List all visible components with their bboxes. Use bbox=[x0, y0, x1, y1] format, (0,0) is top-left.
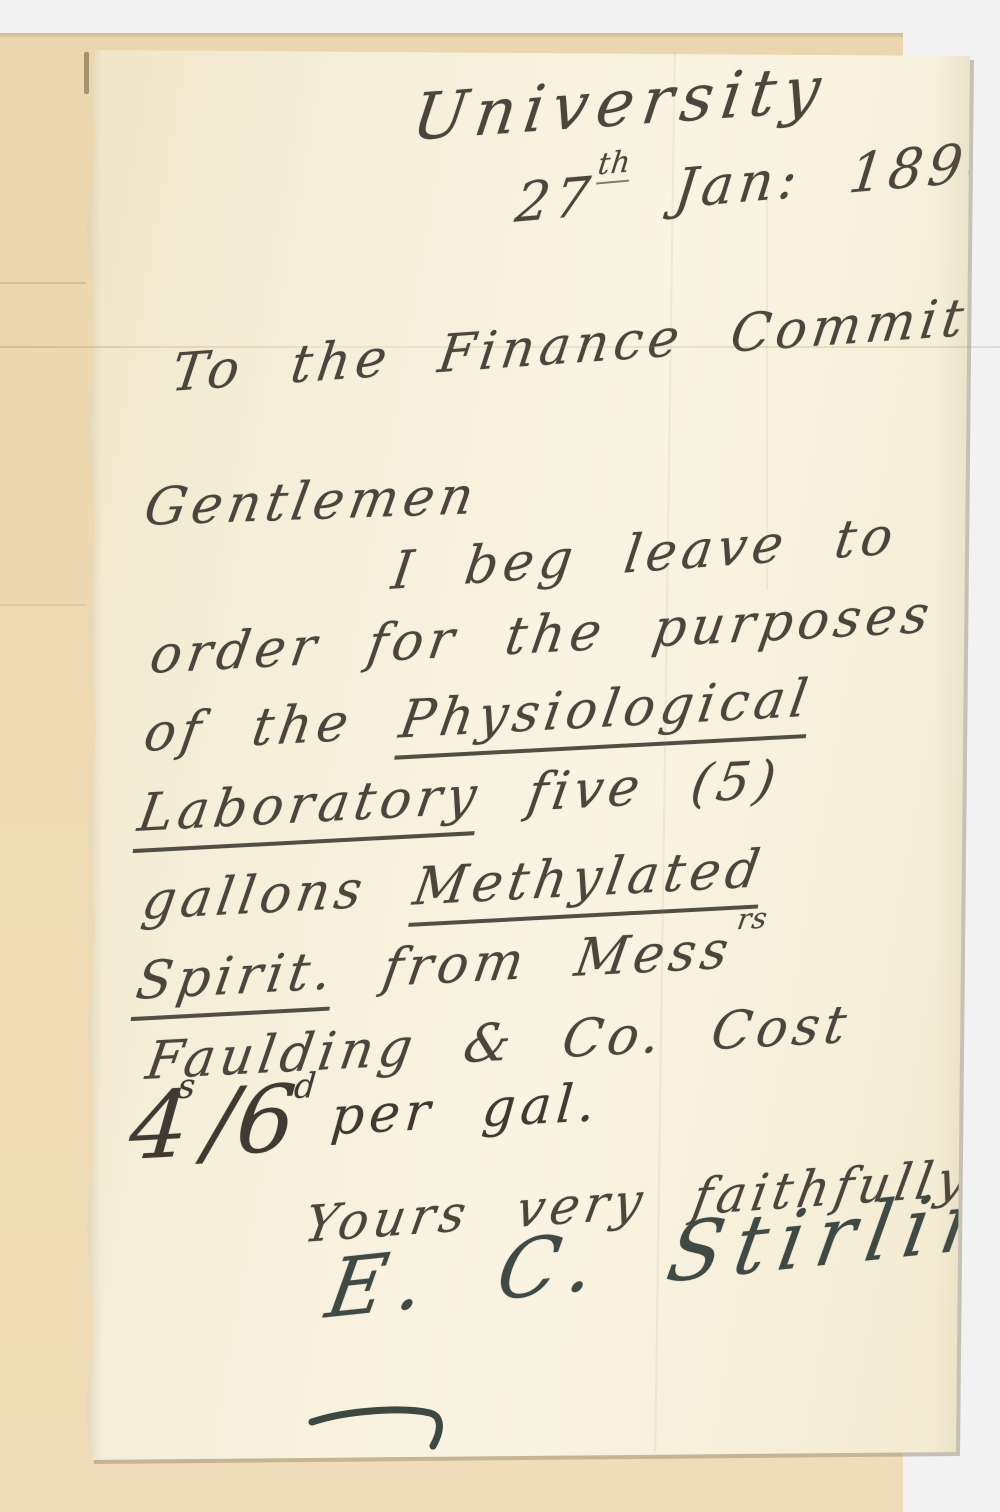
page-corner-notch bbox=[84, 52, 89, 94]
body-line-6: Spirit. from Messrs bbox=[132, 919, 768, 1012]
address-line: To the Finance Committee bbox=[168, 281, 1000, 404]
body-line-6-text: from Mess bbox=[379, 920, 738, 999]
body-line-5: gallons Methylated bbox=[138, 839, 769, 932]
price-shillings-unit: s bbox=[176, 1066, 197, 1107]
body-line-5-underlined: Methylated bbox=[408, 839, 769, 927]
body-line-4-text: five (5) bbox=[523, 750, 784, 824]
body-line-5-text: gallons bbox=[138, 860, 371, 932]
body-line-6-superscript: rs bbox=[735, 900, 771, 936]
body-line-6-underlined: Spirit. bbox=[131, 941, 341, 1021]
letter-scan: University 27th Jan: 1896 To the Finance… bbox=[0, 0, 1000, 1512]
body-line-3: of the Physiological bbox=[140, 668, 817, 764]
body-line-3-text: of the bbox=[140, 693, 358, 764]
backing-sheet-top-edge bbox=[0, 33, 903, 39]
date-day: 27 bbox=[512, 164, 598, 235]
body-line-3-underlined: Physiological bbox=[394, 668, 817, 759]
date-ordinal: th bbox=[596, 144, 634, 184]
price-pence-unit: d bbox=[292, 1066, 317, 1107]
price-rest: per gal. bbox=[328, 1073, 602, 1147]
body-line-4-underlined: Laboratory bbox=[133, 765, 486, 853]
date-rest: Jan: 1896 bbox=[671, 128, 1000, 221]
body-line-4: Laboratory five (5) bbox=[134, 750, 785, 844]
body-line-2: order for the purposes bbox=[146, 584, 938, 686]
heading-place: University bbox=[408, 52, 833, 156]
letter-page: University 27th Jan: 1896 To the Finance… bbox=[84, 48, 974, 1460]
salutation: Gentlemen bbox=[140, 466, 483, 538]
price-pence: 6 bbox=[232, 1065, 300, 1176]
signature-flourish bbox=[308, 1398, 468, 1458]
heading-date: 27th Jan: 1896 bbox=[512, 128, 1000, 235]
